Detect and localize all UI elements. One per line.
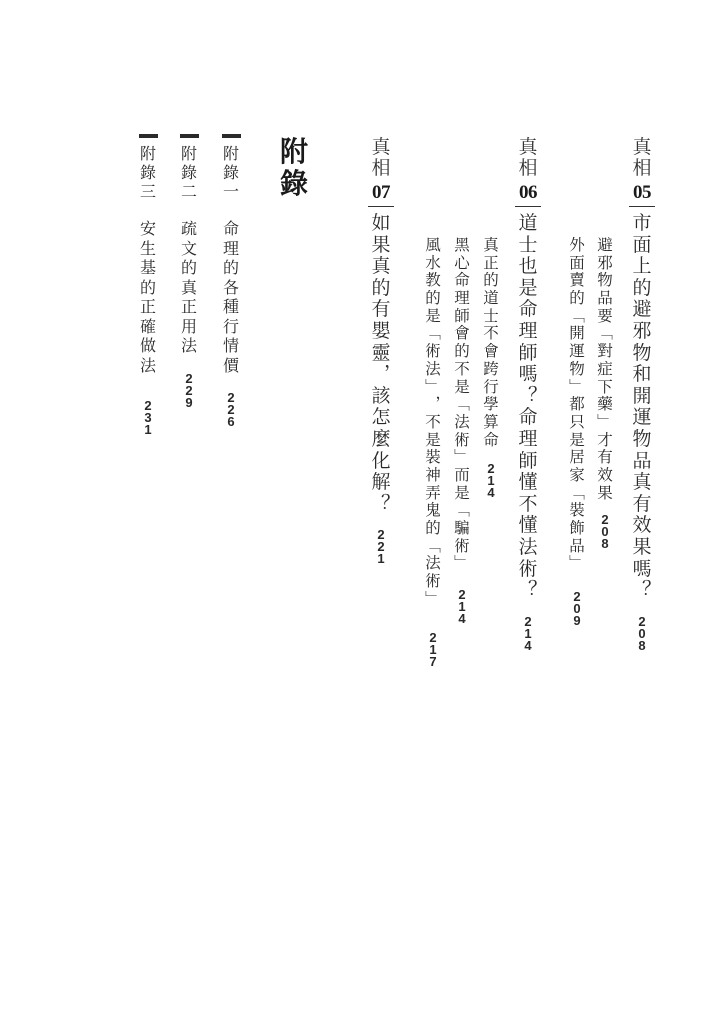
chapter-number: 05 [629,182,655,207]
page-number: 209 [573,590,580,626]
page-number: 221 [377,528,384,564]
bullet-bar [222,134,241,138]
appendix-label: 附錄二 [181,146,197,203]
chapter-number: 06 [515,182,541,207]
page-number: 231 [144,399,151,435]
appendix-label: 附錄一 [223,146,239,203]
page-number: 229 [185,372,192,408]
appendix-label: 附錄三 [140,146,156,203]
chapter-title[interactable]: 道士也是命理師嗎︖命理師懂不懂法術︖ [518,214,537,603]
bullet-bar [180,134,199,138]
appendix-title: 安生基的正確做法 [140,221,156,377]
item-title: 外面賣的﹁開運物﹂都只是居家﹁裝飾品﹂ [569,238,585,574]
appendix-heading: 附錄 [277,138,311,202]
item-title: 黑心命理師會的不是﹁法術﹂而是﹁騙術﹂ [454,238,470,574]
chapter-label: 真相 [371,138,390,180]
chapter-06: 真相 06 道士也是命理師嗎︖命理師懂不懂法術︖ 214 [514,138,542,651]
item-title: 風水教的是﹁術法﹂︐不是裝神弄鬼的﹁法術﹂ [425,238,441,609]
bullet-bar [139,134,158,138]
page-number: 226 [227,391,234,427]
chapter-title[interactable]: 市面上的避邪物和開運物品真有效果嗎︖ [632,214,651,603]
chapter-05: 真相 05 市面上的避邪物和開運物品真有效果嗎︖ 208 [628,138,656,651]
item-title: 真正的道士不會跨行學算命 [483,238,499,450]
toc-item[interactable]: 黑心命理師會的不是﹁法術﹂而是﹁騙術﹂ 214 [451,238,473,624]
appendix-title: 疏文的真正用法 [181,221,197,358]
toc-item[interactable]: 外面賣的﹁開運物﹂都只是居家﹁裝飾品﹂ 209 [566,238,588,626]
toc-item[interactable]: 避邪物品要﹁對症下藥﹂才有效果 208 [594,238,616,549]
chapter-07: 真相 07 如果真的有嬰靈︐該怎麼化解︖ 221 [367,138,395,564]
appendix-item-3[interactable]: 附錄三 安生基的正確做法 231 [137,134,159,435]
chapter-title[interactable]: 如果真的有嬰靈︐該怎麼化解︖ [371,214,390,516]
appendix-item-2[interactable]: 附錄二 疏文的真正用法 229 [178,134,200,408]
chapter-number: 07 [368,182,394,207]
page-number: 214 [524,615,531,651]
toc-item[interactable]: 真正的道士不會跨行學算命 214 [480,238,502,498]
appendix-item-1[interactable]: 附錄一 命理的各種行情價 226 [220,134,242,427]
page-number: 214 [487,462,494,498]
page-number: 208 [601,513,608,549]
chapter-label: 真相 [632,138,651,180]
page-number: 217 [429,631,436,667]
page-number: 214 [458,588,465,624]
page-number: 208 [638,615,645,651]
toc-item[interactable]: 風水教的是﹁術法﹂︐不是裝神弄鬼的﹁法術﹂ 217 [422,238,444,667]
chapter-label: 真相 [518,138,537,180]
appendix-title: 命理的各種行情價 [223,221,239,377]
item-title: 避邪物品要﹁對症下藥﹂才有效果 [597,238,613,503]
